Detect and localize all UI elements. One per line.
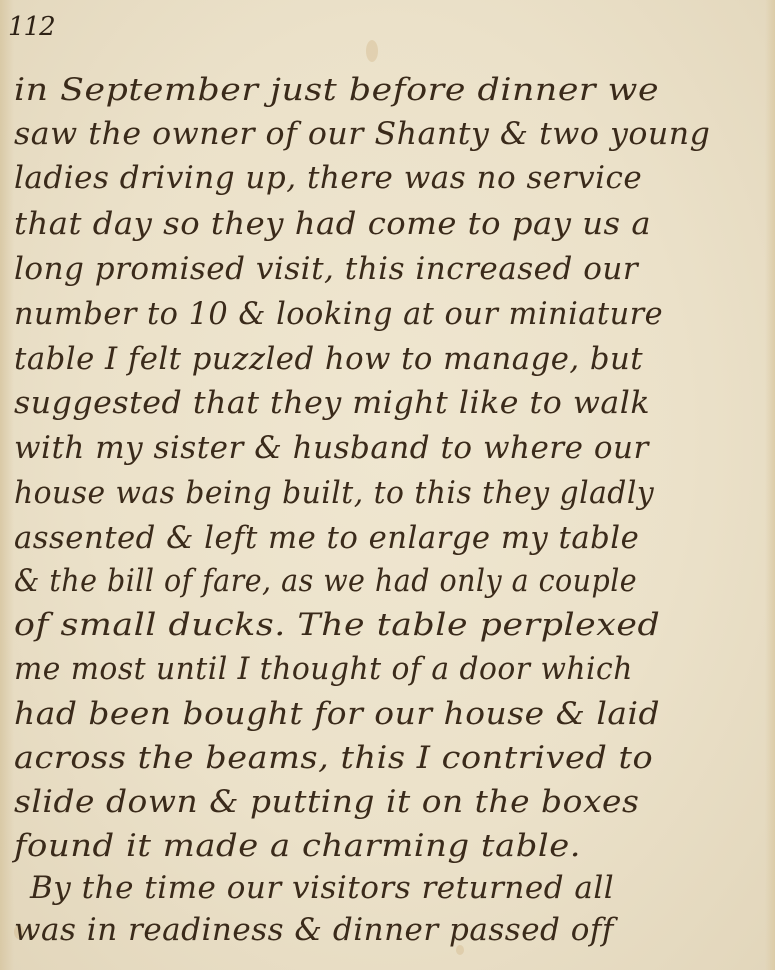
manuscript-line: ladies driving up, there was no service [14, 160, 642, 196]
manuscript-line: was in readiness & dinner passed off [14, 912, 614, 948]
manuscript-line: house was being built, to this they glad… [14, 475, 654, 511]
manuscript-line: suggested that they might like to walk [14, 385, 650, 421]
manuscript-line: number to 10 & looking at our miniature [14, 296, 663, 332]
paper-stain [366, 40, 378, 62]
manuscript-page: 112 in September just before dinner we s… [0, 0, 775, 970]
page-number: 112 [8, 12, 55, 42]
manuscript-line: found it made a charming table. [14, 828, 581, 864]
manuscript-line: of small ducks. The table perplexed [14, 607, 660, 643]
manuscript-line: saw the owner of our Shanty & two young [14, 116, 710, 152]
manuscript-line: assented & left me to enlarge my table [14, 520, 639, 556]
manuscript-line: in September just before dinner we [14, 72, 659, 108]
manuscript-line: had been bought for our house & laid [14, 696, 660, 732]
manuscript-line: & the bill of fare, as we had only a cou… [14, 563, 637, 599]
manuscript-line: with my sister & husband to where our [14, 430, 649, 466]
manuscript-line: long promised visit, this increased our [14, 251, 638, 287]
manuscript-line: that day so they had come to pay us a [14, 206, 651, 242]
manuscript-line: table I felt puzzled how to manage, but [14, 341, 643, 377]
manuscript-line: By the time our visitors returned all [30, 870, 614, 906]
manuscript-line: slide down & putting it on the boxes [14, 784, 639, 820]
manuscript-line: across the beams, this I contrived to [14, 740, 653, 776]
manuscript-line: me most until I thought of a door which [14, 651, 633, 687]
